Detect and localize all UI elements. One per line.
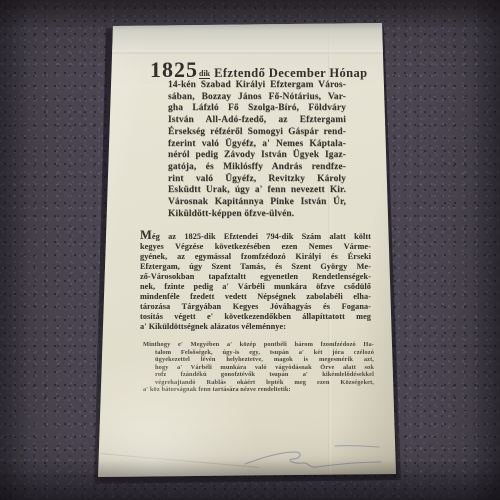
text-line: ző-Városokban tapafztaltt egyenetlen Ren… [140, 272, 371, 282]
text-line: 14-kén Szabad Királyi Efztergam Város- [168, 80, 346, 92]
text-line: tározása Tárgyában Kegyes Jóváhagyás és … [140, 302, 371, 312]
text-line: Kiküldött-képpen öfzve-ülvén. [168, 209, 346, 221]
year-numeral: 1825 [150, 57, 198, 82]
text-line: ügyekezettel lévén helyheztetve, magok i… [143, 356, 374, 364]
text-line: végrehajtandó Rablás okáért lepték meg e… [143, 379, 374, 387]
text-line: gatója, és Miklósffy András rendfze- [168, 162, 346, 174]
text-line: Városnak Kapitánnya Pinke István Úr, [168, 197, 346, 209]
dropcap-letter: M [140, 228, 152, 242]
pencil-squiggle [243, 438, 383, 472]
opinion-paragraph: Minthogy e' Megyében a' közép pontbéli h… [143, 341, 374, 394]
text-line: mindenféle fzedett vedett Népségnek zabo… [140, 292, 371, 302]
intro-paragraph: 14-kén Szabad Királyi Efztergam Város- s… [168, 80, 346, 220]
text-line: gyének, az egymással fzomfzédozó Királyi… [140, 252, 371, 262]
heading-text: Efztendő December Hónap [214, 66, 367, 80]
text-line: nek, fzinte pedig a' Várbéli munkára öfz… [140, 282, 371, 292]
text-line: fzerint való Ügyéfz, a' Nemes Káptala- [168, 139, 346, 151]
resolution-paragraph: Még az 1825-dik Efztendei 794-dik Szám a… [140, 230, 371, 332]
fold-crease-horizontal [98, 50, 396, 54]
text-line: Minthogy e' Megyében a' közép pontbéli h… [143, 341, 374, 349]
text-line-rest: ég az 1825-dik Efztendei 794-dik Szám al… [152, 232, 371, 241]
text-line: Érsekség réfzéről Somogyi Gáspár rend- [168, 127, 346, 139]
text-line: sában, Bozzay János Fő-Nótárius, Var- [168, 92, 346, 104]
fold-crease-diagonal [100, 453, 259, 468]
text-line: a' köz bátorságnak fenn tartására nézve … [143, 386, 374, 394]
document-page: 1825dikEfztendő December Hónap 14-kén Sz… [98, 23, 396, 477]
text-line: kegyes Végzése következésében ezen Nemes… [140, 242, 371, 252]
text-line: gha Láfzló Fő Szolga-Bíró, Földváry [168, 103, 346, 115]
text-line: Még az 1825-dik Efztendei 794-dik Szám a… [140, 230, 371, 242]
text-line: tosítás végett e' következendőkben állap… [140, 312, 371, 322]
text-line: néról pedig Závody István Ügyek Igaz- [168, 150, 346, 162]
text-line: hogy a' Várbéli munkára való vágyódásnak… [143, 364, 374, 372]
text-line: István All-Adó-fzedő, az Efztergami [168, 115, 346, 127]
ordinal-suffix: dik [199, 69, 210, 79]
text-line: Efztergam, úgy Szent Tamás, és Szent Gyö… [140, 262, 371, 272]
text-line: rofz fzándékú gonofztévők tsupán a' kiké… [143, 371, 374, 379]
photo-background: 1825dikEfztendő December Hónap 14-kén Sz… [0, 0, 500, 500]
text-line: talom Felsőségek, úgy-is egy, tsupán a' … [143, 349, 374, 357]
text-line: rint való Ügyéfz, Revitzky Károly [168, 174, 346, 186]
text-line: Esküdtt Urak, úgy a' fenn nevezett Kir. [168, 185, 346, 197]
text-line: a' Kiküldöttségnek alázatos véleménnye: [140, 322, 371, 332]
